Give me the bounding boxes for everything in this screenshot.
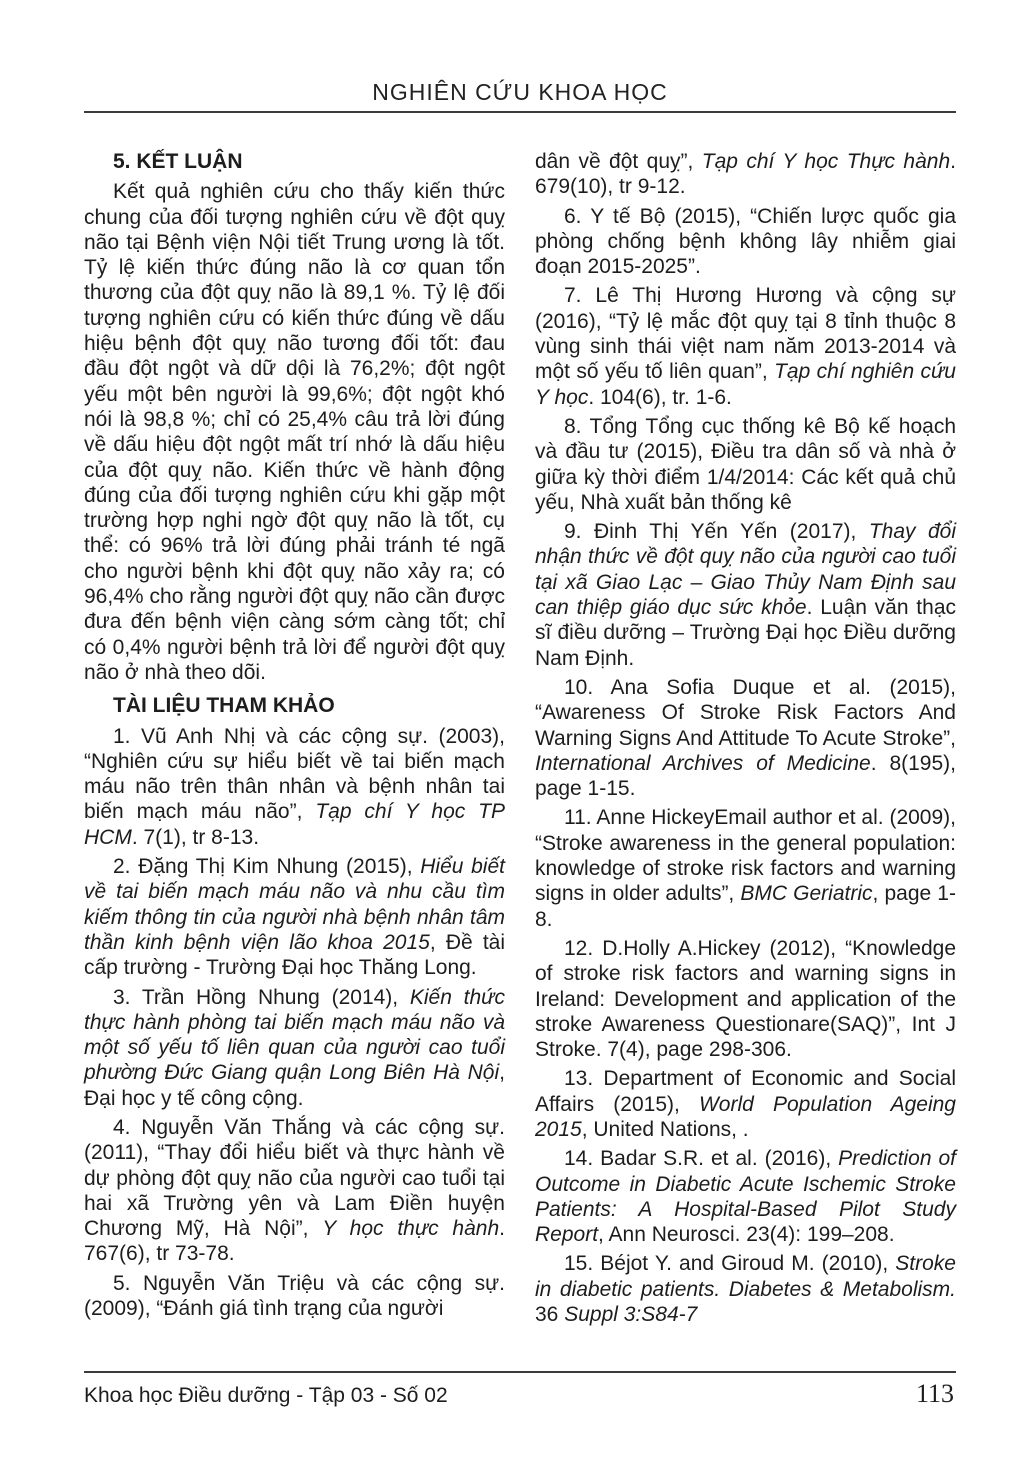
text-run: 2. Đặng Thị Kim Nhung (2015), (113, 855, 420, 878)
reference-item: 5. Nguyễn Văn Triệu và các cộng sự. (200… (84, 1271, 505, 1322)
text-run: 5. KẾT LUẬN (113, 150, 243, 173)
section-heading: 5. KẾT LUẬN (84, 149, 505, 174)
text-run: TÀI LIỆU THAM KHẢO (113, 694, 335, 717)
text-run: 8. Tổng Tổng cục thống kê Bộ kế hoạch và… (535, 415, 956, 514)
italic-text-run: BMC Geriatric (740, 882, 872, 905)
reference-item: 3. Trần Hồng Nhung (2014), Kiến thức thự… (84, 985, 505, 1111)
text-run: dân về đột quỵ”, (535, 150, 702, 173)
text-run: , Ann Neurosci. 23(4): 199–208. (598, 1223, 895, 1246)
reference-item: 1. Vũ Anh Nhị và các cộng sự. (2003), “N… (84, 724, 505, 850)
italic-text-run: Y học thực hành (322, 1217, 499, 1240)
text-run: 9. Đinh Thị Yến Yến (2017), (564, 520, 869, 543)
text-run: 5. Nguyễn Văn Triệu và các cộng sự. (200… (84, 1272, 505, 1320)
text-run: 10. Ana Sofia Duque et al. (2015), “Awar… (535, 676, 956, 750)
reference-item: 12. D.Holly A.Hickey (2012), “Knowledge … (535, 936, 956, 1062)
text-run: , United Nations, . (582, 1118, 749, 1141)
reference-item: 4. Nguyễn Văn Thắng và các cộng sự. (201… (84, 1115, 505, 1267)
section-heading: TÀI LIỆU THAM KHẢO (84, 693, 505, 718)
header-divider-line (84, 111, 956, 113)
reference-item: 14. Badar S.R. et al. (2016), Prediction… (535, 1146, 956, 1247)
footer-journal-title: Khoa học Điều dưỡng - Tập 03 - Số 02 (84, 1384, 448, 1408)
text-run: . 104(6), tr. 1-6. (588, 386, 732, 409)
text-run: 12. D.Holly A.Hickey (2012), “Knowledge … (535, 937, 956, 1061)
right-column: dân về đột quỵ”, Tạp chí Y học Thực hành… (535, 149, 956, 1331)
text-run: 6. Y tế Bộ (2015), “Chiến lược quốc gia … (535, 205, 956, 279)
footer-page-number: 113 (916, 1379, 954, 1409)
reference-item: 11. Anne HickeyEmail author et al. (2009… (535, 805, 956, 931)
text-run: Kết quả nghiên cứu cho thấy kiến thức ch… (84, 180, 505, 684)
reference-item: 10. Ana Sofia Duque et al. (2015), “Awar… (535, 675, 956, 801)
left-column: 5. KẾT LUẬNKết quả nghiên cứu cho thấy k… (84, 149, 505, 1331)
document-page: NGHIÊN CỨU KHOA HỌC 5. KẾT LUẬNKết quả n… (0, 0, 1036, 1477)
footer-divider-line (84, 1371, 956, 1373)
reference-item: 7. Lê Thị Hương Hương và cộng sự (2016),… (535, 283, 956, 409)
reference-item: 9. Đinh Thị Yến Yến (2017), Thay đổi nhậ… (535, 519, 956, 671)
reference-item: 8. Tổng Tổng cục thống kê Bộ kế hoạch và… (535, 414, 956, 515)
italic-text-run: Tạp chí Y học Thực hành (702, 150, 950, 173)
italic-text-run: International Archives of Medicine (535, 752, 871, 775)
text-run: 15. Béjot Y. and Giroud M. (2010), (564, 1252, 895, 1275)
reference-item: 6. Y tế Bộ (2015), “Chiến lược quốc gia … (535, 204, 956, 280)
text-run: 36 (535, 1303, 564, 1326)
body-paragraph: Kết quả nghiên cứu cho thấy kiến thức ch… (84, 179, 505, 685)
text-run: 3. Trần Hồng Nhung (2014), (113, 986, 410, 1009)
two-column-layout: 5. KẾT LUẬNKết quả nghiên cứu cho thấy k… (84, 149, 956, 1331)
reference-item-continued: dân về đột quỵ”, Tạp chí Y học Thực hành… (535, 149, 956, 200)
page-header-title: NGHIÊN CỨU KHOA HỌC (84, 79, 956, 106)
reference-item: 13. Department of Economic and Social Af… (535, 1066, 956, 1142)
italic-text-run: Suppl 3:S84-7 (564, 1303, 697, 1326)
text-run: . 7(1), tr 8-13. (132, 826, 259, 849)
reference-item: 2. Đặng Thị Kim Nhung (2015), Hiểu biết … (84, 854, 505, 980)
reference-item: 15. Béjot Y. and Giroud M. (2010), Strok… (535, 1251, 956, 1327)
text-run: 14. Badar S.R. et al. (2016), (564, 1147, 838, 1170)
